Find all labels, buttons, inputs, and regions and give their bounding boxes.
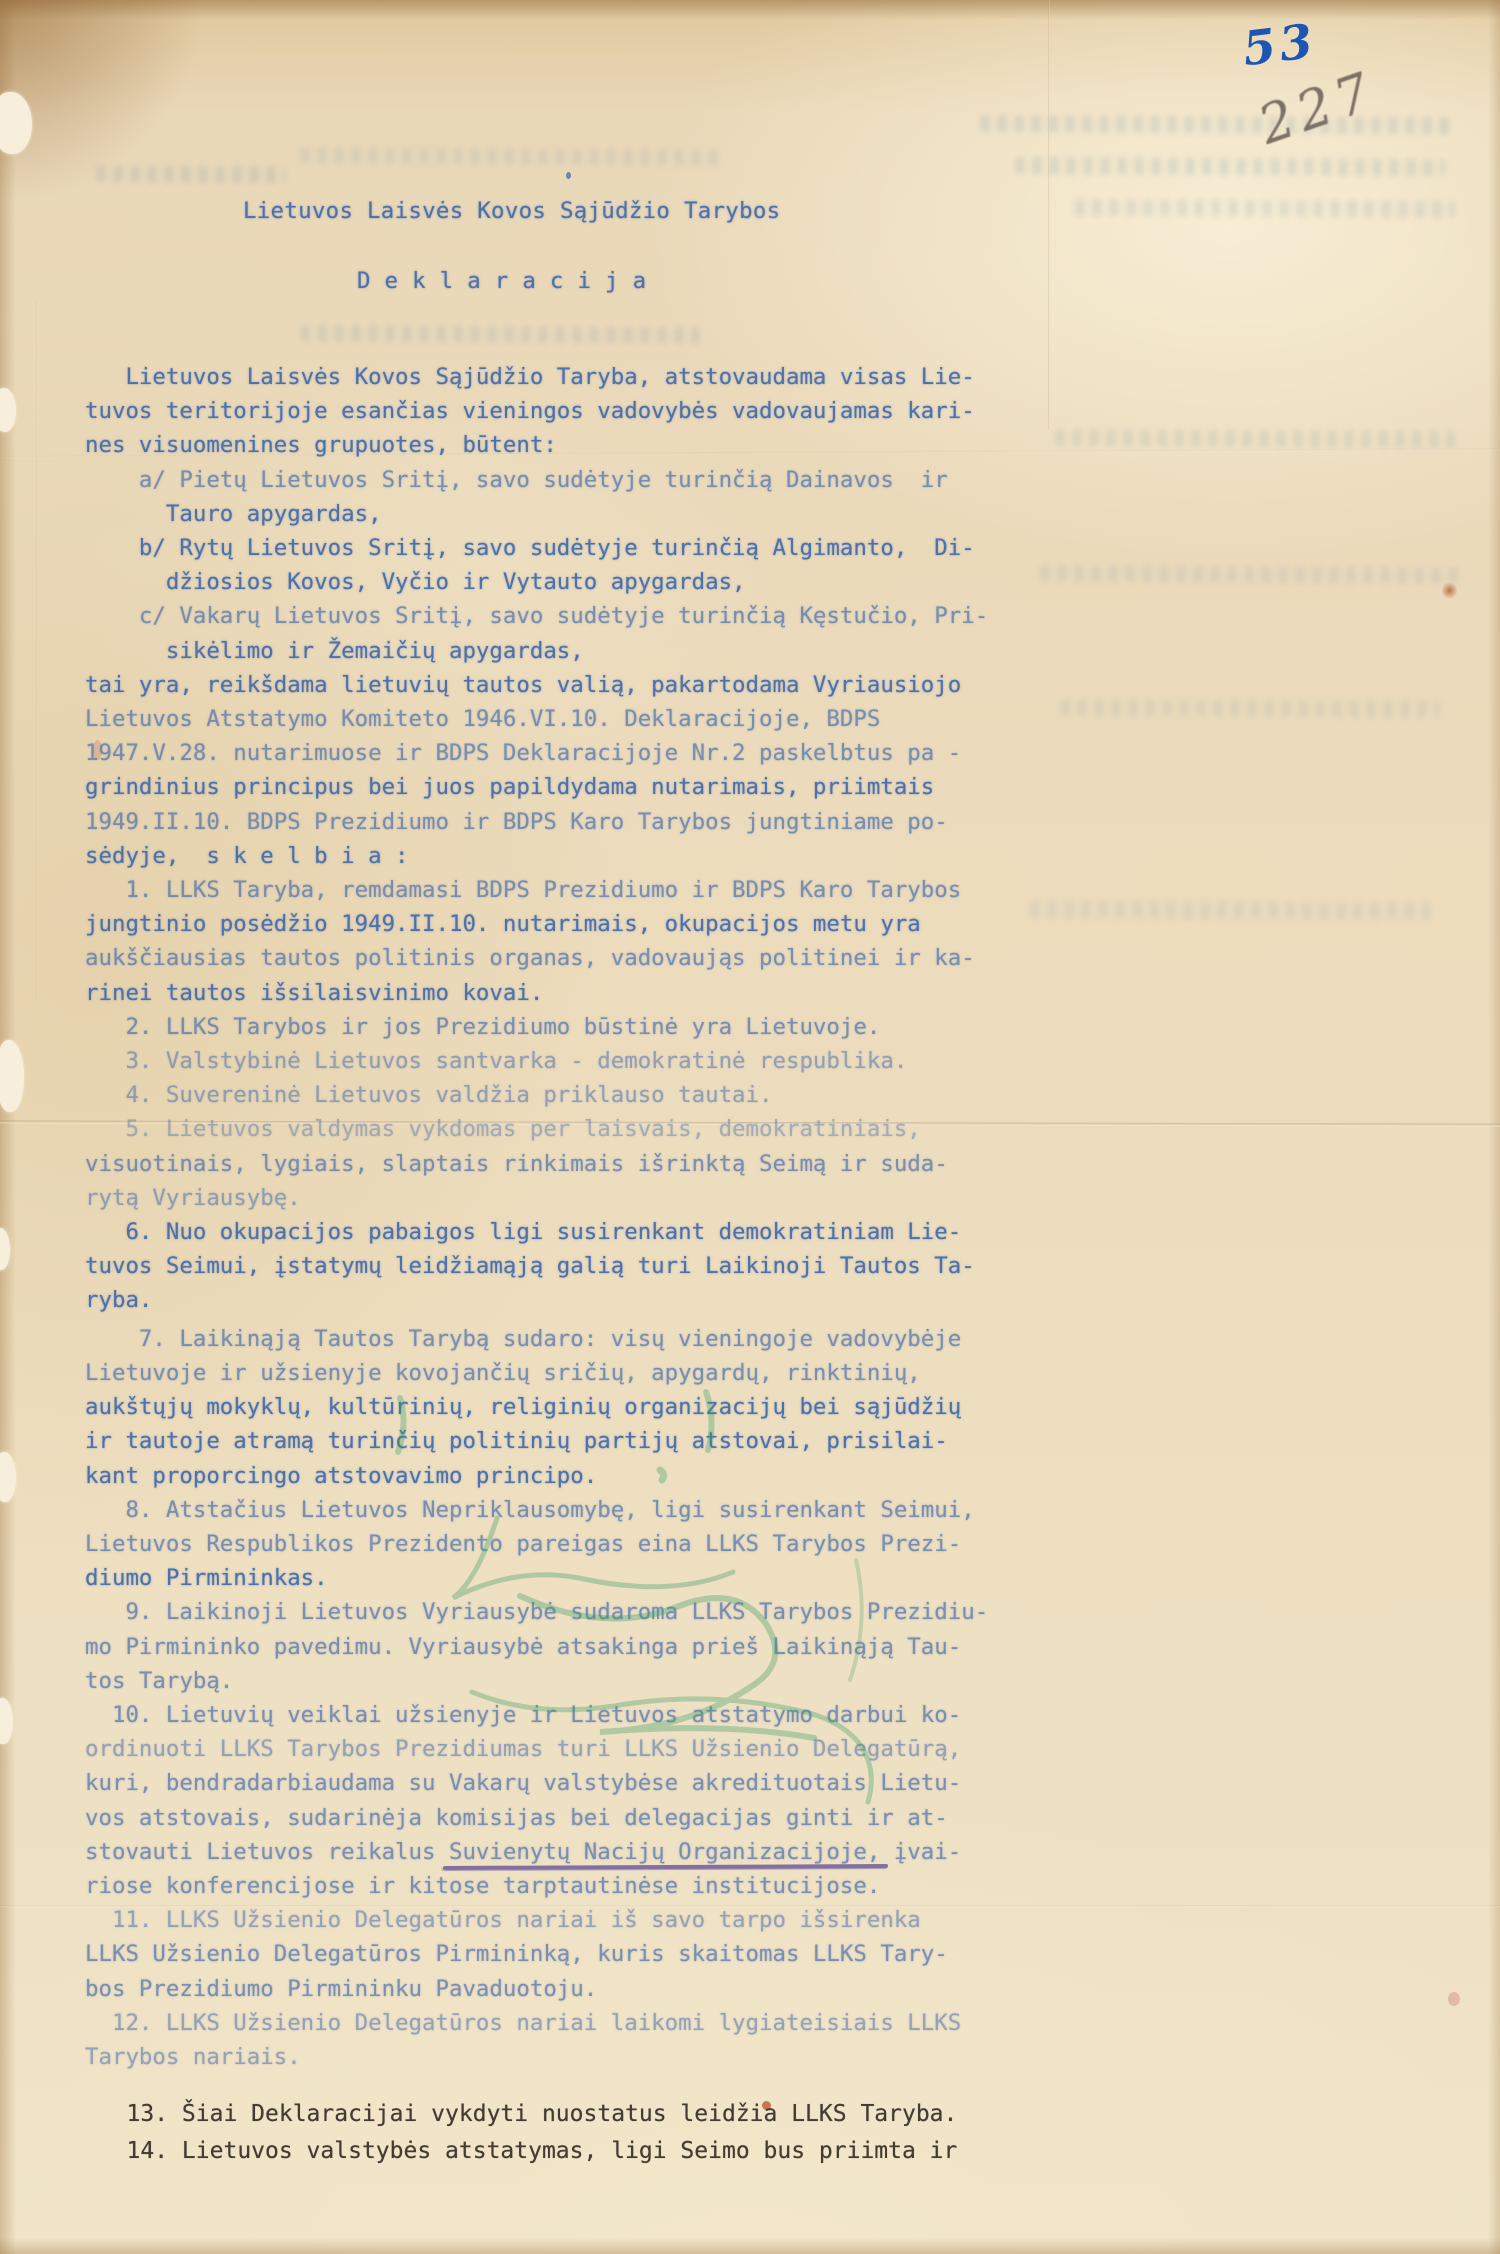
- document-line: mo Pirmininko pavedimu. Vyriausybė atsak…: [85, 1630, 1425, 1664]
- document-line: 1949.II.10. BDPS Prezidiumo ir BDPS Karo…: [85, 805, 1425, 839]
- ghost-text-impression: [96, 166, 286, 184]
- paper-corner-stain: [0, 0, 300, 300]
- paper-vertical-crease-faint: [36, 300, 38, 1000]
- document-line: 4. Suvereninė Lietuvos valdžia priklauso…: [85, 1078, 1425, 1112]
- document-line: 9. Laikinoji Lietuvos Vyriausybė sudarom…: [85, 1595, 1425, 1629]
- document-line: tuvos teritorijoje esančias vieningos va…: [85, 394, 1425, 428]
- document-line: Lietuvos Atstatymo Komiteto 1946.VI.10. …: [85, 702, 1425, 736]
- document-line: jungtinio posėdžio 1949.II.10. nutarimai…: [85, 907, 1425, 941]
- document-line: stovauti Lietuvos reikalus Suvienytų Nac…: [85, 1835, 1425, 1869]
- document-line: Lietuvos Laisvės Kovos Sąjūdžio Taryba, …: [85, 360, 1425, 394]
- document-line: aukštųjų mokyklų, kultūrinių, religinių …: [85, 1390, 1425, 1424]
- document-line: LLKS Užsienio Delegatūros Pirmininką, ku…: [85, 1937, 1425, 1971]
- document-line: 3. Valstybinė Lietuvos santvarka - demok…: [85, 1044, 1425, 1078]
- pink-stain: [1448, 1992, 1460, 2006]
- document-line: 2. LLKS Tarybos ir jos Prezidiumo būstin…: [85, 1010, 1425, 1044]
- handwritten-archival-number: 53: [1240, 14, 1320, 78]
- document-line: 1. LLKS Taryba, remdamasi BDPS Prezidium…: [85, 873, 1425, 907]
- document-line: c/ Vakarų Lietuvos Sritį, savo sudėtyje …: [85, 599, 1425, 633]
- document-line: 13. Šiai Deklaracijai vykdyti nuostatus …: [85, 2096, 1425, 2133]
- document-line: b/ Rytų Lietuvos Sritį, savo sudėtyje tu…: [85, 531, 1425, 565]
- document-line: a/ Pietų Lietuvos Sritį, savo sudėtyje t…: [85, 463, 1425, 497]
- document-line: kant proporcingo atstovavimo principo.: [85, 1459, 1425, 1493]
- document-line: tuvos Seimui, įstatymų leidžiamąją galią…: [85, 1249, 1425, 1283]
- document-line: Tauro apygardas,: [85, 497, 1425, 531]
- document-subtitle: D e k l a r a c i j a: [357, 268, 646, 294]
- document-line: 5. Lietuvos valdymas vykdomas per laisva…: [85, 1112, 1425, 1146]
- document-line: Lietuvos Respublikos Prezidento pareigas…: [85, 1527, 1425, 1561]
- document-line: grindinius principus bei juos papildydam…: [85, 770, 1425, 804]
- document-line: 11. LLKS Užsienio Delegatūros nariai iš …: [85, 1903, 1425, 1937]
- document-line: 12. LLKS Užsienio Delegatūros nariai lai…: [85, 2006, 1425, 2040]
- paper-edge-shadow-left: [0, 0, 16, 2254]
- underline-mark: Suvienytų Nacijų Organizacijoje,: [449, 1839, 880, 1865]
- paper-edge-shadow-top: [0, 0, 1500, 20]
- document-line: riose konferencijose ir kitose tarptauti…: [85, 1869, 1425, 1903]
- document-line: 10. Lietuvių veiklai užsienyje ir Lietuv…: [85, 1698, 1425, 1732]
- document-body: Lietuvos Laisvės Kovos Sąjūdžio Taryba, …: [85, 360, 1425, 2170]
- document-line: rinei tautos išsilaisvinimo kovai.: [85, 976, 1425, 1010]
- ghost-text-impression: [1075, 199, 1455, 218]
- ghost-text-impression: [300, 325, 700, 344]
- paper-chip: [0, 1040, 24, 1112]
- ghost-text-impression: [300, 147, 720, 166]
- handwritten-page-number: 227: [1251, 60, 1384, 156]
- document-title: Lietuvos Laisvės Kovos Sąjūdžio Tarybos: [243, 198, 780, 224]
- document-line: Lietuvoje ir užsienyje kovojančių sričių…: [85, 1356, 1425, 1390]
- document-line: rytą Vyriausybę.: [85, 1181, 1425, 1215]
- ink-dot: [566, 172, 571, 179]
- document-line: sėdyje, s k e l b i a :: [85, 839, 1425, 873]
- document-line: 1947.V.28. nutarimuose ir BDPS Deklaraci…: [85, 736, 1425, 770]
- document-line: tai yra, reikšdama lietuvių tautos valią…: [85, 668, 1425, 702]
- document-line: ir tautoje atramą turinčių politinių par…: [85, 1424, 1425, 1458]
- document-line: bos Prezidiumo Pirmininku Pavaduotoju.: [85, 1972, 1425, 2006]
- paper-edge-shadow-right: [1488, 0, 1500, 2254]
- document-line: vos atstovais, sudarinėja komisijas bei …: [85, 1801, 1425, 1835]
- document-line: tos Tarybą.: [85, 1664, 1425, 1698]
- document-line: Tarybos nariais.: [85, 2040, 1425, 2074]
- document-line: aukščiausias tautos politinis organas, v…: [85, 941, 1425, 975]
- document-line: 7. Laikinąją Tautos Tarybą sudaro: visų …: [85, 1322, 1425, 1356]
- document-line: nes visuomenines grupuotes, būtent:: [85, 428, 1425, 462]
- document-line: diumo Pirmininkas.: [85, 1561, 1425, 1595]
- document-line: ordinuoti LLKS Tarybos Prezidiumas turi …: [85, 1732, 1425, 1766]
- document-line: kuri, bendradarbiaudama su Vakarų valsty…: [85, 1766, 1425, 1800]
- document-line: 14. Lietuvos valstybės atstatymas, ligi …: [85, 2133, 1425, 2170]
- document-line: 8. Atstačius Lietuvos Nepriklausomybę, l…: [85, 1493, 1425, 1527]
- ghost-text-impression: [1015, 157, 1445, 176]
- document-line: džiosios Kovos, Vyčio ir Vytauto apygard…: [85, 565, 1425, 599]
- paper-edge-shadow-bottom: [0, 2238, 1500, 2254]
- document-line: 6. Nuo okupacijos pabaigos ligi susirenk…: [85, 1215, 1425, 1249]
- rust-stain: [1442, 582, 1457, 599]
- document-line: sikėlimo ir Žemaičių apygardas,: [85, 634, 1425, 668]
- document-line: ryba.: [85, 1283, 1425, 1317]
- document-line: visuotinais, lygiais, slaptais rinkimais…: [85, 1147, 1425, 1181]
- document-page: 53 227 Lietuvos Laisvės Kovos Sąjūdžio T…: [0, 0, 1500, 2254]
